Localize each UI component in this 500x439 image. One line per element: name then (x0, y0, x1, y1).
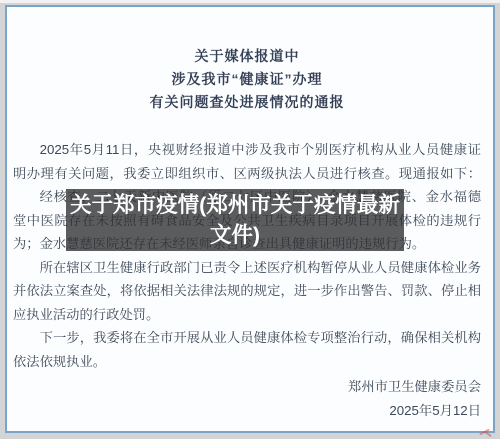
document-body: 2025年5月11日，央视财经报道中涉及我市个别医疗机构从业人员健康证 明办理有… (13, 138, 481, 373)
document-title-line-2: 涉及我市“健康证”办理 (13, 68, 481, 91)
body-line: 所在辖区卫生健康行政部门已责令上述医疗机构暂停从业人员健康体检业务 (13, 256, 481, 280)
red-scribble-mark (477, 427, 495, 438)
headline-overlay-banner: 关于郑市疫情(郑州市关于疫情最新 文件) (66, 189, 404, 251)
headline-overlay-line-1: 关于郑市疫情(郑州市关于疫情最新 (66, 190, 404, 220)
body-line: 明办理有关问题，我委立即组织市、区两级执法人员进行核查。现通报如下： (13, 162, 481, 186)
outer-margin-strip (0, 0, 500, 3)
body-line: 下一步，我委将在全市开展从业人员健康体检专项整治行动，确保相关机构 (13, 326, 481, 350)
document-title-line-1: 关于媒体报道中 (13, 45, 481, 68)
body-line: 应执业活动的行政处罚。 (13, 303, 481, 327)
signature-block: 郑州市卫生健康委员会 2025年5月12日 (13, 375, 481, 422)
issue-date: 2025年5月12日 (13, 399, 481, 423)
body-line: 2025年5月11日，央视财经报道中涉及我市个别医疗机构从业人员健康证 (13, 138, 481, 162)
document-title-line-3: 有关问题查处进展情况的通报 (13, 91, 481, 114)
document-title: 关于媒体报道中 涉及我市“健康证”办理 有关问题查处进展情况的通报 (13, 45, 481, 114)
headline-overlay-line-2: 文件) (66, 220, 404, 250)
issuer-signature: 郑州市卫生健康委员会 (13, 375, 481, 399)
body-line: 依法依规执业。 (13, 350, 481, 374)
body-line: 并依法立案查处，将依据相关法律法规的规定，进一步作出警告、罚款、停止相 (13, 279, 481, 303)
